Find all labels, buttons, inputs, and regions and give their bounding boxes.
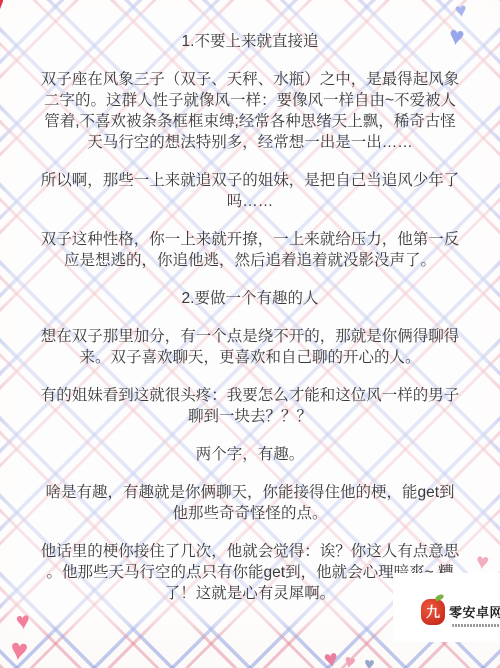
seal-icon: 九 <box>421 599 445 625</box>
paragraph-two-words: 两个字，有趣。 <box>32 444 468 465</box>
section-heading-1: 1.不要上来就直接追 <box>32 31 468 52</box>
leaf-icon <box>434 593 444 601</box>
heart-icon: ♥ <box>475 550 490 573</box>
paragraph-gemini-intro: 双子座在风象三子（双子、天秤、水瓶）之中，是最得起风象 二字的。这群人性子就像风… <box>32 69 468 153</box>
paragraph-pressure: 双子这种性格，你一上来就开撩，一上来就给压力，他第一反 应是想逃的，你追他逃，然… <box>32 229 468 271</box>
paragraph-headache: 有的姐妹看到这就很头疼：我要怎么才能和这位风一样的男子 聊到一块去？？？ <box>32 385 468 427</box>
paragraph-chasing-wind: 所以啊，那些一上来就追双子的姐妹，是把自己当追风少年了 吗…… <box>32 170 468 212</box>
section-heading-2: 2.要做一个有趣的人 <box>32 288 468 309</box>
heart-icon: ♥ <box>363 655 375 668</box>
heart-icon: ♥ <box>15 609 32 634</box>
watermark-logo: 九 零安卓网 <box>421 599 500 627</box>
seal-character: 九 <box>426 602 440 622</box>
heart-icon: ♥ <box>454 0 469 21</box>
paragraph-chat-bonus: 想在双子那里加分，有一个点是绕不开的，那就是你俩得聊得 来。双子喜欢聊天，更喜欢… <box>32 326 468 368</box>
watermark-caption-bar <box>452 624 500 627</box>
watermark-site-name: 零安卓网 <box>449 602 500 621</box>
article-body: 1.不要上来就直接追 双子座在风象三子（双子、天秤、水瓶）之中，是最得起风象 二… <box>0 0 500 668</box>
watermark-panel: 九 零安卓网 <box>393 573 500 642</box>
paragraph-what-is-fun: 啥是有趣，有趣就是你俩聊天，你能接得住他的梗，能get到 他那些奇奇怪怪的点。 <box>32 482 468 524</box>
post-image: 1.不要上来就直接追 双子座在风象三子（双子、天秤、水瓶）之中，是最得起风象 二… <box>0 0 500 668</box>
watermark-text-group: 零安卓网 <box>449 599 500 627</box>
